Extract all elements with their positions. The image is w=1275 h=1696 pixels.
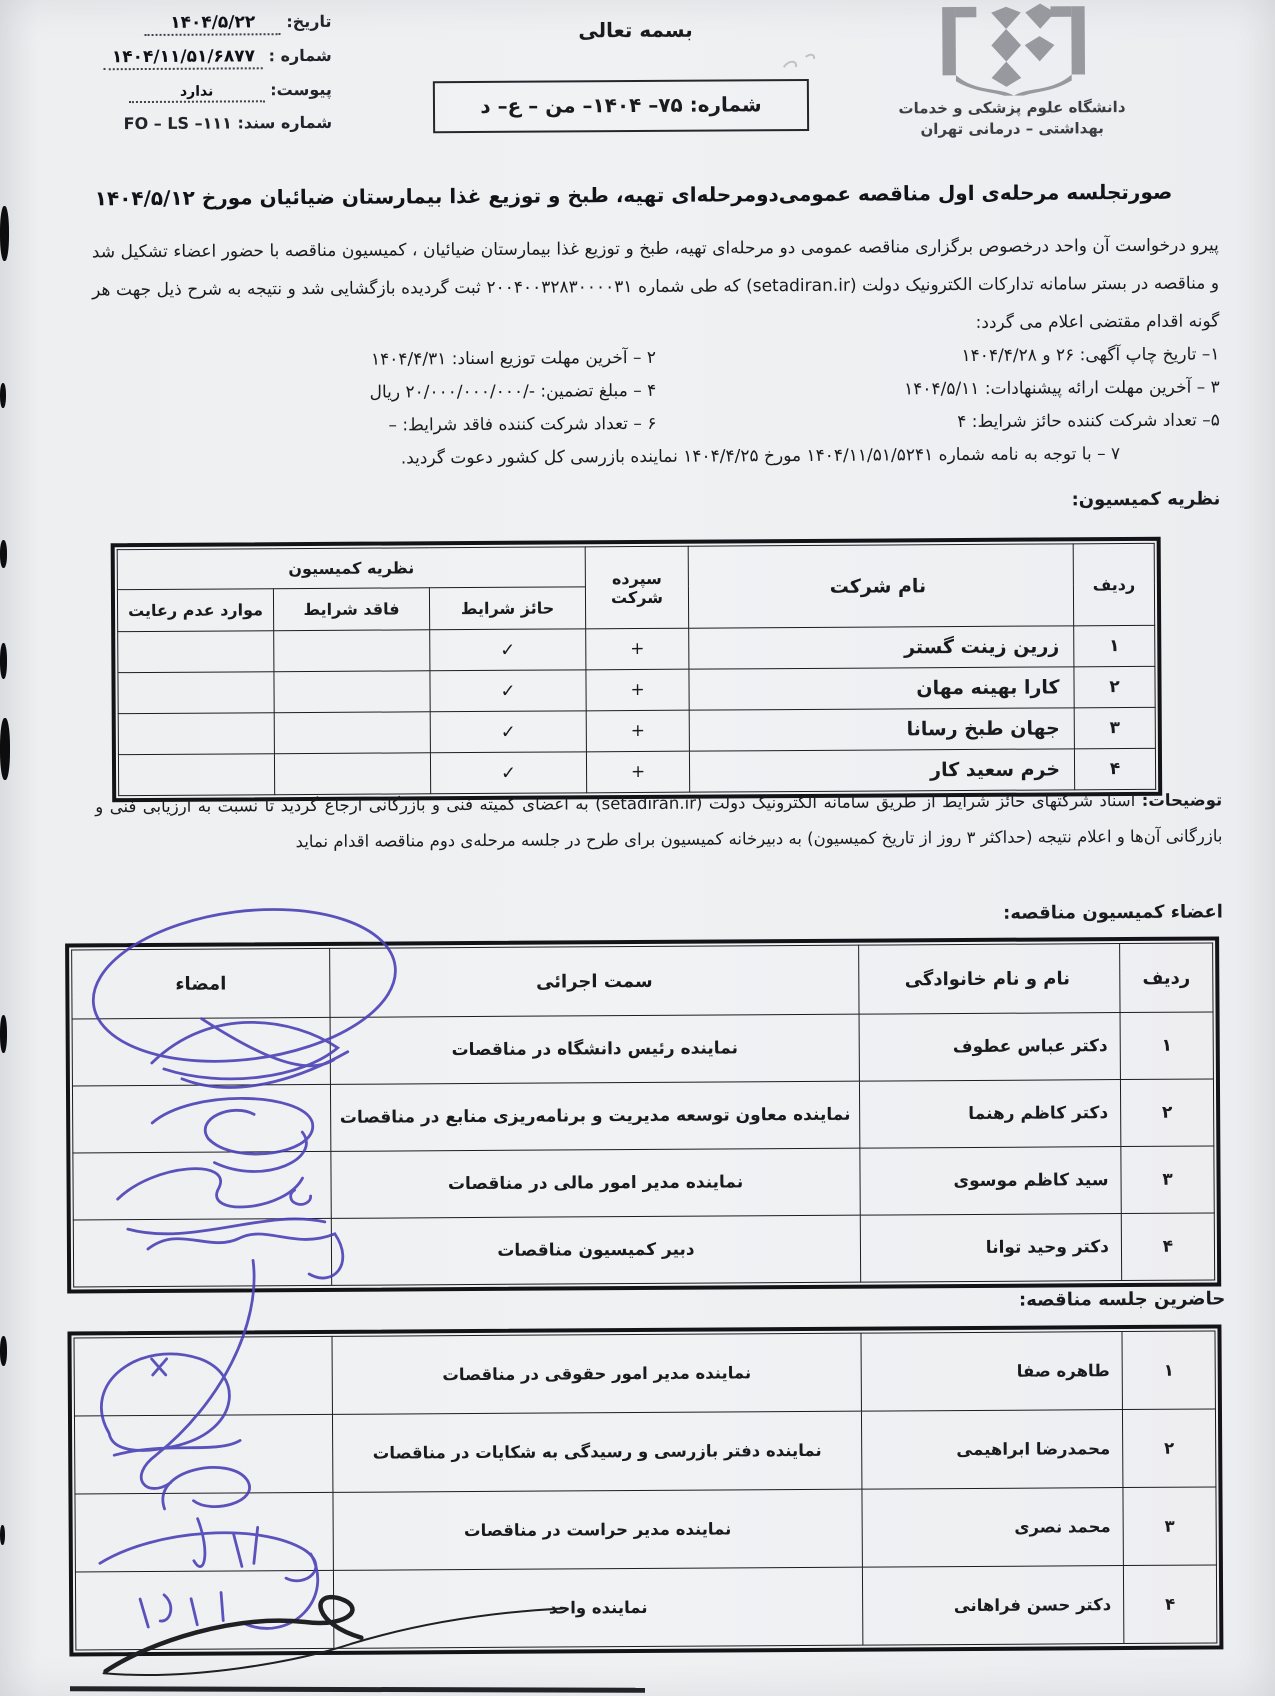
not-qualified-cell bbox=[274, 630, 430, 672]
date-field: تاریخ: ۱۴۰۴/۵/۲۲ bbox=[21, 12, 331, 37]
attendee-name: محمد نصری bbox=[862, 1488, 1123, 1568]
signature-cell bbox=[75, 1492, 333, 1572]
col-row: ردیف bbox=[1073, 543, 1154, 625]
row-no: ۲ bbox=[1074, 666, 1155, 707]
item-7: ۷ – با توجه به نامه شماره ۱۴۰۴/۱۱/۵۱/۵۲۴… bbox=[93, 443, 1220, 470]
scan-artifact bbox=[0, 540, 7, 568]
row-no: ۱ bbox=[1122, 1331, 1215, 1410]
member-position: نماینده مدیر امور مالی در مناقصات bbox=[331, 1148, 860, 1218]
signature-cell bbox=[72, 1017, 330, 1086]
opinion-heading: نظریه کمیسیون: bbox=[93, 488, 1220, 516]
company-name: کارا بهینه مهان bbox=[689, 667, 1074, 710]
attendee-name: دکتر حسن فراهانی bbox=[862, 1566, 1123, 1646]
attachment-field: پیوست: ندارد bbox=[22, 80, 332, 104]
scan-artifact bbox=[0, 383, 6, 408]
col-qualified: حائز شرایط bbox=[429, 587, 585, 630]
col-position: سمت اجرائی bbox=[330, 945, 859, 1017]
attendees-heading: حاضرین جلسه مناقصه: bbox=[98, 1288, 1225, 1316]
col-row: ردیف bbox=[1120, 943, 1213, 1013]
company-name: زرین زینت گستر bbox=[689, 626, 1074, 669]
attendee-row: ۲ محمدرضا ابراهیمی نماینده دفتر بازرسی و… bbox=[74, 1409, 1215, 1494]
notes-paragraph: توضیحات: اسناد شرکتهای حائز شرایط از طری… bbox=[95, 782, 1222, 861]
col-fullname: نام و نام خانوادگی bbox=[859, 944, 1120, 1015]
signature-cell bbox=[75, 1570, 333, 1650]
opinion-table-wrap: ردیف نام شرکت سپرده شرکت نظریه کمیسیون ح… bbox=[111, 537, 1163, 802]
members-table-wrap: ردیف نام و نام خانوادگی سمت اجرائی امضاء… bbox=[65, 936, 1221, 1293]
col-violations: موارد عدم رعایت bbox=[117, 589, 273, 632]
member-row: ۱ دکتر عباس عطوف نماینده رئیس دانشگاه در… bbox=[72, 1012, 1213, 1086]
qualified-check: ✓ bbox=[430, 711, 586, 753]
scan-artifact bbox=[0, 643, 7, 679]
member-name: دکتر عباس عطوف bbox=[859, 1013, 1120, 1082]
member-row: ۳ سید کاظم موسوی نماینده مدیر امور مالی … bbox=[73, 1146, 1214, 1220]
violations-cell bbox=[118, 631, 274, 673]
letter-number-box: شماره: ۷۵– ۱۴۰۴– من – ع– د bbox=[433, 79, 809, 133]
attendees-table-wrap: ۱ طاهره صفا نماینده مدیر امور حقوقی در م… bbox=[67, 1324, 1223, 1656]
attendee-name: محمدرضا ابراهیمی bbox=[861, 1410, 1122, 1490]
summary-items: ۱– تاریخ چاپ آگهی: ۲۶ و ۱۴۰۴/۴/۲۸ ۲ – آخ… bbox=[92, 344, 1220, 470]
row-no: ۴ bbox=[1123, 1565, 1216, 1644]
row-no: ۴ bbox=[1121, 1213, 1214, 1281]
member-name: دکتر کاظم رهنما bbox=[859, 1080, 1120, 1149]
item-5: ۵– تعداد شرکت کننده حائز شرایط: ۴ bbox=[656, 410, 1220, 433]
member-position: دبیر کمیسیون مناقصات bbox=[331, 1215, 860, 1285]
attachment-label: پیوست: bbox=[270, 80, 332, 99]
deposit-mark: + bbox=[586, 710, 689, 752]
besmele-text: بسمه تعالی bbox=[465, 17, 805, 43]
violations-cell bbox=[118, 713, 274, 755]
row-no: ۳ bbox=[1074, 707, 1155, 748]
attendees-table: ۱ طاهره صفا نماینده مدیر امور حقوقی در م… bbox=[73, 1330, 1217, 1650]
signature-cell bbox=[73, 1218, 331, 1287]
qualified-check: ✓ bbox=[430, 629, 586, 671]
item-6: ۶ – تعداد شرکت کننده فاقد شرایط: – bbox=[93, 414, 657, 437]
deposit-mark: + bbox=[586, 669, 689, 711]
col-deposit: سپرده شرکت bbox=[585, 546, 688, 629]
row-no: ۳ bbox=[1123, 1487, 1216, 1566]
qualified-check: ✓ bbox=[430, 670, 586, 712]
col-opinion-group: نظریه کمیسیون bbox=[117, 547, 585, 590]
signature-cell bbox=[74, 1414, 332, 1494]
not-qualified-cell bbox=[274, 712, 430, 754]
meta-block: تاریخ: ۱۴۰۴/۵/۲۲ شماره : ۱۴۰۴/۱۱/۵۱/۶۸۷۷… bbox=[21, 12, 332, 145]
signature-cell bbox=[74, 1336, 332, 1416]
scanned-document-page: تاریخ: ۱۴۰۴/۵/۲۲ شماره : ۱۴۰۴/۱۱/۵۱/۶۸۷۷… bbox=[0, 0, 1275, 1696]
scan-artifact bbox=[0, 206, 9, 261]
violations-cell bbox=[118, 672, 274, 714]
attendee-row: ۱ طاهره صفا نماینده مدیر امور حقوقی در م… bbox=[74, 1331, 1215, 1416]
signature-cell bbox=[73, 1151, 331, 1220]
col-company: نام شرکت bbox=[688, 544, 1073, 628]
scan-artifact bbox=[0, 1336, 7, 1366]
opinion-table: ردیف نام شرکت سپرده شرکت نظریه کمیسیون ح… bbox=[117, 543, 1156, 796]
scan-artifact bbox=[0, 718, 10, 780]
member-name: سید کاظم موسوی bbox=[860, 1147, 1121, 1216]
attendee-row: ۴ دکتر حسن فراهانی نماینده واحد bbox=[75, 1565, 1216, 1650]
member-row: ۲ دکتر کاظم رهنما نماینده معاون توسعه مد… bbox=[72, 1079, 1213, 1153]
row-no: ۳ bbox=[1121, 1146, 1214, 1214]
member-name: دکتر وحید توانا bbox=[860, 1214, 1121, 1283]
doc-number: شماره سند: FO – LS –۱۱۱ bbox=[22, 113, 332, 134]
member-position: نماینده رئیس دانشگاه در مناقصات bbox=[330, 1014, 859, 1084]
company-row: ۱ زرین زینت گستر + ✓ bbox=[118, 625, 1155, 672]
number-value: ۱۴۰۴/۱۱/۵۱/۶۸۷۷ bbox=[112, 46, 255, 67]
university-emblem-icon bbox=[933, 3, 1094, 96]
org-name: دانشگاه علوم پزشکی و خدمات بهداشتی – درم… bbox=[892, 97, 1132, 140]
org-name-line2: بهداشتی – درمانی تهران bbox=[892, 118, 1132, 140]
members-table: ردیف نام و نام خانوادگی سمت اجرائی امضاء… bbox=[71, 942, 1215, 1287]
row-no: ۱ bbox=[1074, 625, 1155, 666]
item-2: ۲ – آخرین مهلت توزیع اسناد: ۱۴۰۴/۴/۳۱ bbox=[92, 348, 656, 371]
scan-smudge bbox=[776, 47, 836, 77]
notes-label: توضیحات: bbox=[1142, 790, 1223, 809]
page-title: صورتجلسه مرحله‌ی اول مناقصه عمومی‌دومرحل… bbox=[48, 179, 1218, 210]
date-value: ۱۴۰۴/۵/۲۲ bbox=[170, 12, 255, 33]
attendee-name: طاهره صفا bbox=[861, 1332, 1122, 1412]
paper-sheet: تاریخ: ۱۴۰۴/۵/۲۲ شماره : ۱۴۰۴/۱۱/۵۱/۶۸۷۷… bbox=[0, 0, 1275, 1696]
attendee-position: نماینده دفتر بازرسی و رسیدگی به شکایات د… bbox=[332, 1411, 861, 1492]
col-not-qualified: فاقد شرایط bbox=[273, 588, 429, 631]
member-position: نماینده معاون توسعه مدیریت و برنامه‌ریزی… bbox=[330, 1081, 859, 1151]
number-field: شماره : ۱۴۰۴/۱۱/۵۱/۶۸۷۷ bbox=[22, 46, 332, 71]
intro-paragraph: پیرو درخواست آن واحد درخصوص برگزاری مناق… bbox=[92, 226, 1220, 347]
attendee-position: نماینده مدیر امور حقوقی در مناقصات bbox=[332, 1333, 861, 1414]
signature-cell bbox=[72, 1084, 330, 1153]
attendee-position: نماینده واحد bbox=[333, 1567, 862, 1648]
attachment-value: ندارد bbox=[180, 84, 213, 100]
row-no: ۱ bbox=[1120, 1012, 1213, 1080]
attendee-row: ۳ محمد نصری نماینده مدیر حراست در مناقصا… bbox=[75, 1487, 1216, 1572]
company-name: جهان طبخ رسانا bbox=[689, 708, 1074, 751]
scan-artifact bbox=[0, 1015, 7, 1053]
deposit-mark: + bbox=[586, 628, 689, 670]
item-1: ۱– تاریخ چاپ آگهی: ۲۶ و ۱۴۰۴/۴/۲۸ bbox=[656, 344, 1220, 367]
number-label: شماره : bbox=[269, 46, 332, 65]
date-label: تاریخ: bbox=[286, 12, 331, 31]
row-no: ۲ bbox=[1122, 1409, 1215, 1488]
item-3: ۳ – آخرین مهلت ارائه پیشنهادات: ۱۴۰۴/۵/۱… bbox=[656, 377, 1220, 400]
member-row: ۴ دکتر وحید توانا دبیر کمیسیون مناقصات bbox=[73, 1213, 1214, 1287]
not-qualified-cell bbox=[274, 671, 430, 713]
attendee-position: نماینده مدیر حراست در مناقصات bbox=[333, 1489, 862, 1570]
row-no: ۲ bbox=[1120, 1079, 1213, 1147]
notes-text: اسناد شرکتهای حائز شرایط از طریق سامانه … bbox=[95, 791, 1222, 851]
company-row: ۲ کارا بهینه مهان + ✓ bbox=[118, 666, 1155, 713]
company-row: ۳ جهان طبخ رسانا + ✓ bbox=[118, 707, 1155, 754]
org-name-line1: دانشگاه علوم پزشکی و خدمات bbox=[892, 97, 1132, 119]
col-signature: امضاء bbox=[72, 948, 330, 1019]
scan-artifact bbox=[0, 1525, 5, 1545]
members-heading: اعضاء کمیسیون مناقصه: bbox=[96, 901, 1223, 929]
item-4: ۴ – مبلغ تضمین: -/۲۰/۰۰۰/۰۰۰/۰۰۰ ریال bbox=[93, 381, 657, 404]
